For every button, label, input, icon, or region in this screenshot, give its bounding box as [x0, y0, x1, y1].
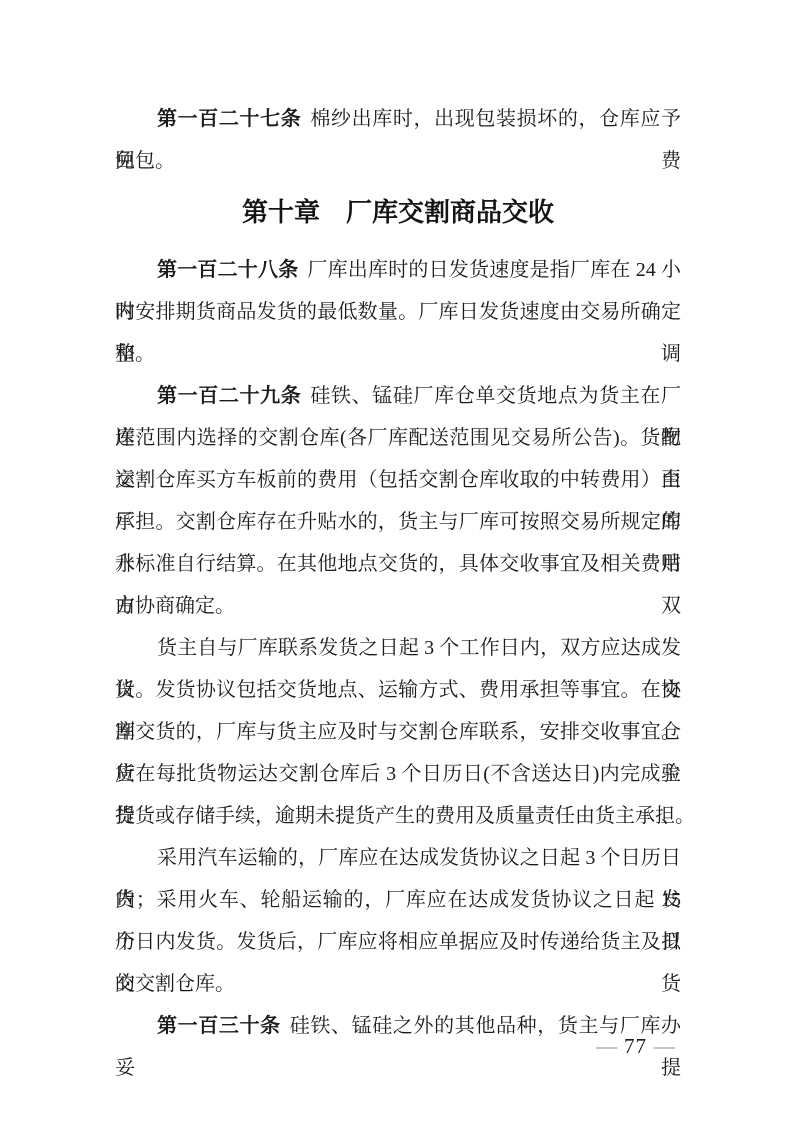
page-footer: —77— [596, 1025, 675, 1067]
text-line: 议。发货协议包括交货地点、运输方式、费用承担等事宜。在交割仓 [115, 669, 681, 711]
text-line: 应在每批货物运达交割仓库后 3 个日历日(不含送达日)内完成验货、 [115, 753, 681, 795]
article-number: 第一百二十八条 [157, 259, 298, 281]
text-line: 采用汽车运输的，厂库应在达成发货协议之日起 3 个日历日内发 [115, 837, 681, 879]
text-line: 货；采用火车、轮船运输的，厂库应在达成发货协议之日起 15 个日 [115, 879, 681, 921]
text-line: 内安排期货商品发货的最低数量。厂库日发货速度由交易所确定和调 [115, 291, 681, 333]
footer-dash-left: — [596, 1034, 617, 1058]
text-line: 水标准自行结算。在其他地点交货的，具体交收事宜及相关费用由双 [115, 543, 681, 585]
article-number: 第一百二十九条 [157, 385, 301, 407]
article-line: 第一百二十七条棉纱出库时，出现包装损坏的，仓库应予免费 [115, 98, 681, 140]
document-page: 第一百二十七条棉纱出库时，出现包装损坏的，仓库应予免费回包。第十章 厂库交割商品… [0, 0, 793, 1122]
article-number: 第一百三十条 [157, 1015, 281, 1037]
footer-dash-right: — [654, 1034, 675, 1058]
page-number: 77 [624, 1034, 647, 1058]
article-line: 第一百二十九条硅铁、锰硅厂库仓单交货地点为货主在厂库配 [115, 375, 681, 417]
text-line: 提货或存储手续，逾期未提货产生的费用及质量责任由货主承担。 [115, 795, 681, 837]
document-body: 第一百二十七条棉纱出库时，出现包装损坏的，仓库应予免费回包。第十章 厂库交割商品… [115, 98, 681, 1047]
article-line: 第一百二十八条厂库出库时的日发货速度是指厂库在 24 小时 [115, 249, 681, 291]
text-line: 库交货的，厂库与货主应及时与交割仓库联系，安排交收事宜。货主 [115, 711, 681, 753]
chapter-heading: 第十章 厂库交割商品交收 [115, 184, 681, 240]
text-line: 承担。交割仓库存在升贴水的，货主与厂库可按照交易所规定的升贴 [115, 501, 681, 543]
text-line: 货主自与厂库联系发货之日起 3 个工作日内，双方应达成发货协 [115, 627, 681, 669]
article-number: 第一百二十七条 [157, 108, 301, 130]
text-line: 交割仓库买方车板前的费用（包括交割仓库收取的中转费用）由厂库 [115, 459, 681, 501]
text-line: 历日内发货。发货后，厂库应将相应单据应及时传递给货主及拟交货 [115, 921, 681, 963]
text-line: 送范围内选择的交割仓库(各厂库配送范围见交易所公告)。货物运至 [115, 417, 681, 459]
